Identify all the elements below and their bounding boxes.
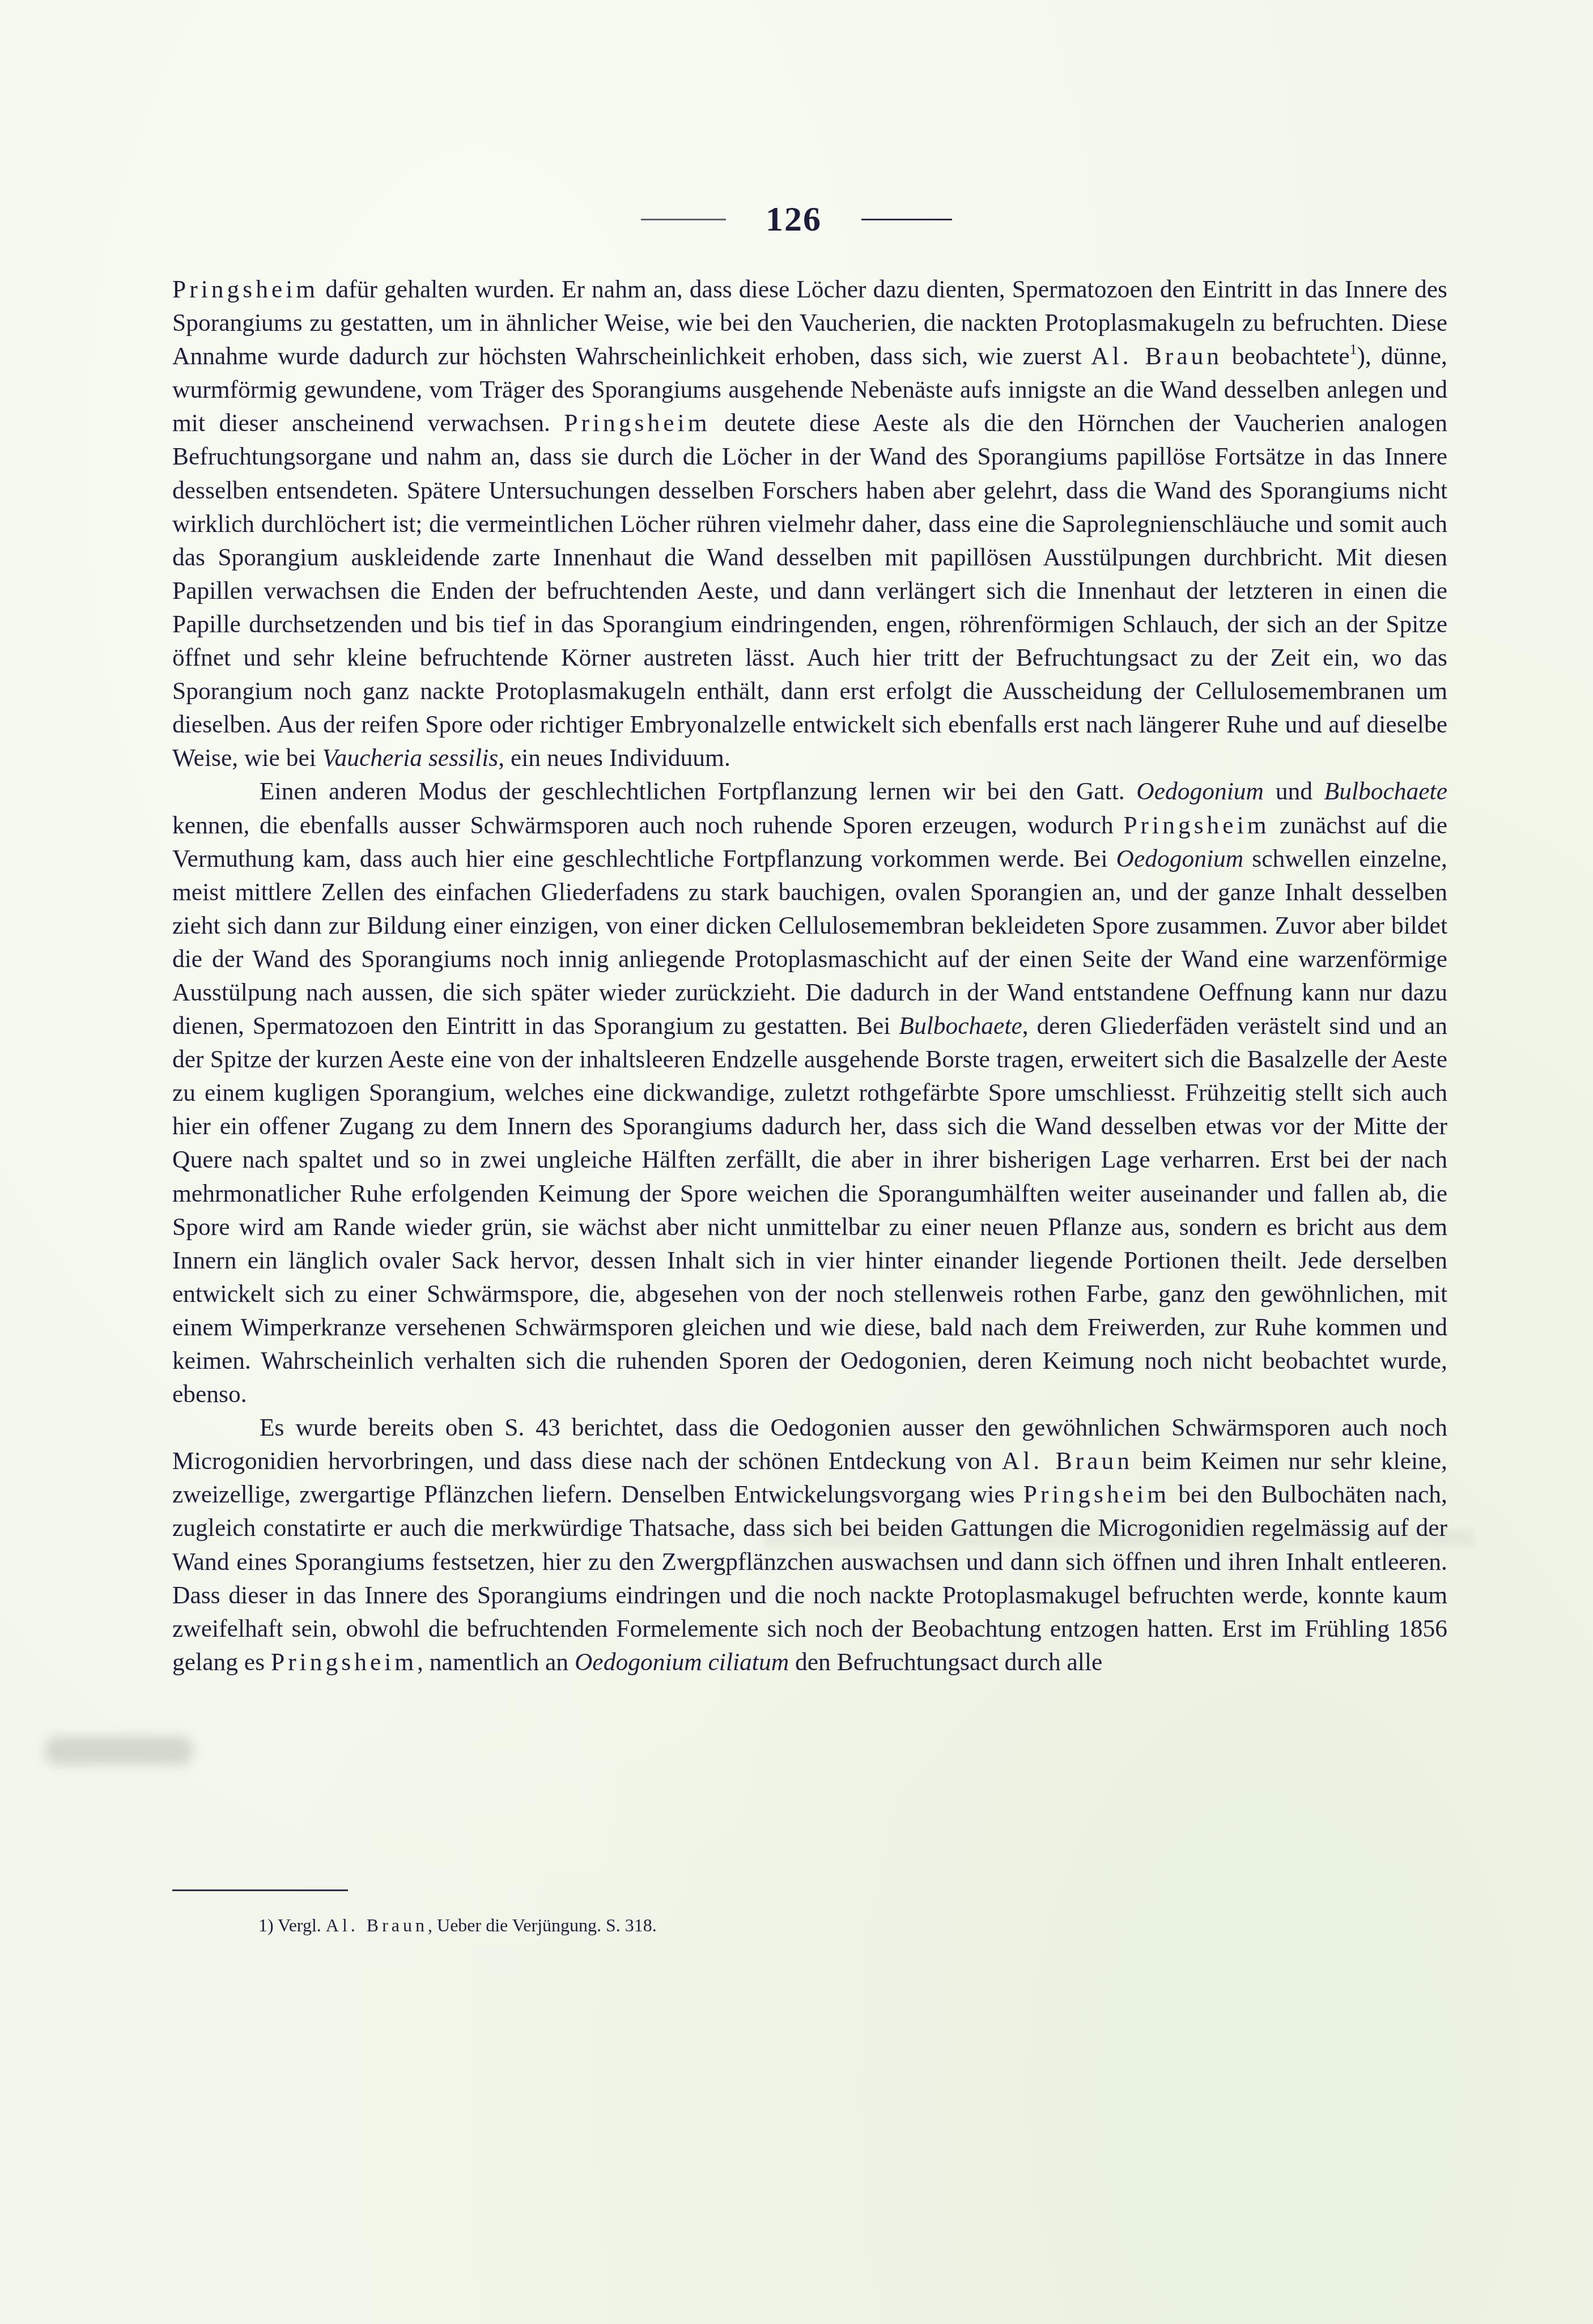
text-run: , Ueber die Verjüngung. S. 318. bbox=[428, 1915, 657, 1935]
author-name: Al. Braun bbox=[1091, 343, 1222, 370]
footnote-reference[interactable]: 1 bbox=[1350, 341, 1357, 357]
taxon-name: Oedogonium bbox=[1116, 845, 1244, 872]
text-run: Einen anderen Modus der geschlechtlichen… bbox=[260, 778, 1136, 805]
text-run: , namentlich an bbox=[417, 1649, 575, 1676]
author-name: Pringsheim bbox=[1023, 1481, 1170, 1508]
header-rule-right bbox=[861, 219, 952, 220]
paragraph: Es wurde bereits oben S. 43 berichtet, d… bbox=[172, 1411, 1447, 1679]
paragraph: Einen anderen Modus der geschlechtlichen… bbox=[172, 775, 1447, 1411]
page-header: 126 bbox=[0, 199, 1593, 240]
text-run: deutete diese Aeste als die den Hörnchen… bbox=[172, 410, 1447, 772]
taxon-name: Vaucheria sessilis bbox=[322, 744, 499, 772]
author-name: Al. Braun bbox=[1002, 1448, 1133, 1475]
text-run: kennen, die ebenfalls ausser Schwärmspor… bbox=[172, 812, 1123, 839]
taxon-name: Oedogonium ciliatum bbox=[575, 1649, 789, 1676]
text-run: und bbox=[1264, 778, 1324, 805]
footnote-text: Vergl. Al. Braun, Ueber die Verjüngung. … bbox=[274, 1915, 657, 1935]
text-run: den Befruchtungsact durch alle bbox=[789, 1649, 1102, 1676]
author-name: Pringsheim bbox=[1123, 812, 1269, 839]
taxon-name: Bulbochaete bbox=[899, 1012, 1022, 1040]
text-run: beobachtete bbox=[1222, 343, 1350, 370]
scanned-page: 126 Pringsheim dafür gehalten wurden. Er… bbox=[0, 0, 1593, 2324]
page-number: 126 bbox=[728, 199, 859, 240]
footnote-marker: 1) bbox=[258, 1915, 274, 1935]
body-text: Pringsheim dafür gehalten wurden. Er nah… bbox=[172, 273, 1447, 1679]
author-name: Pringsheim bbox=[271, 1649, 417, 1676]
text-run: , ein neues Individuum. bbox=[498, 744, 730, 772]
footnote: 1) Vergl. Al. Braun, Ueber die Verjüngun… bbox=[258, 1914, 657, 1936]
text-run: schwellen einzelne, meist mittlere Zelle… bbox=[172, 845, 1447, 1040]
taxon-name: Oedogonium bbox=[1136, 778, 1264, 805]
text-run: Vergl. bbox=[274, 1915, 326, 1935]
paragraph: Pringsheim dafür gehalten wurden. Er nah… bbox=[172, 273, 1447, 775]
author-name: Pringsheim bbox=[564, 410, 710, 437]
taxon-name: Bulbochaete bbox=[1324, 778, 1447, 805]
ink-smudge bbox=[45, 1736, 193, 1765]
author-name: Al. Braun bbox=[326, 1915, 428, 1935]
author-name: Pringsheim bbox=[172, 276, 318, 303]
footnote-separator bbox=[172, 1889, 348, 1891]
text-run: bei den Bulbochäten nach, zugleich const… bbox=[172, 1481, 1447, 1675]
text-run: , deren Gliederfäden verästelt sind und … bbox=[172, 1012, 1447, 1408]
header-rule-left bbox=[641, 219, 726, 220]
